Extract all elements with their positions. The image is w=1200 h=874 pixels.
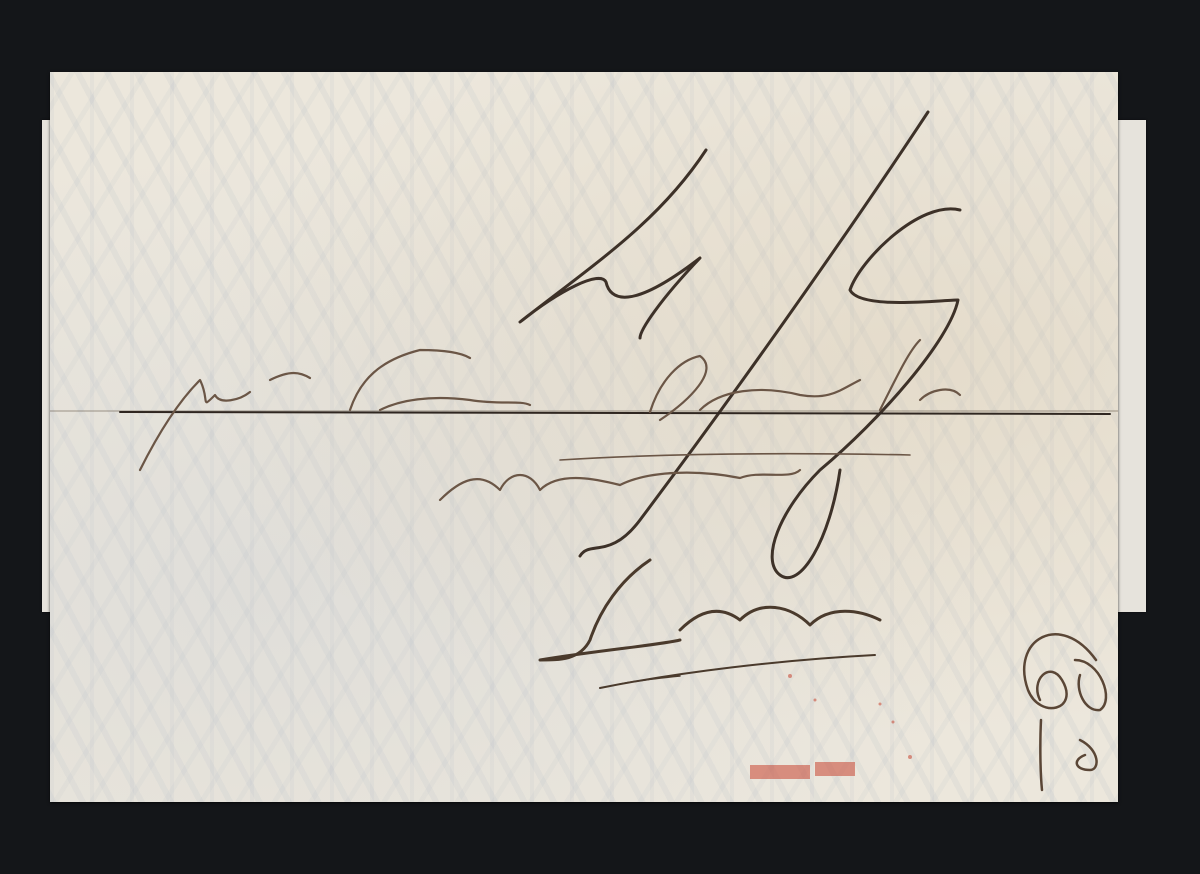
corner-marking-ink xyxy=(1024,634,1106,790)
photo-scene: Messrs Frederick Huth & Co. merchants Lo… xyxy=(0,0,1200,874)
address-line1-ink xyxy=(120,340,1110,470)
postmark-specks xyxy=(750,674,912,779)
handwriting-ink xyxy=(0,0,1200,874)
address-line3-ink xyxy=(540,560,880,688)
rate-marking-ink xyxy=(520,112,960,578)
